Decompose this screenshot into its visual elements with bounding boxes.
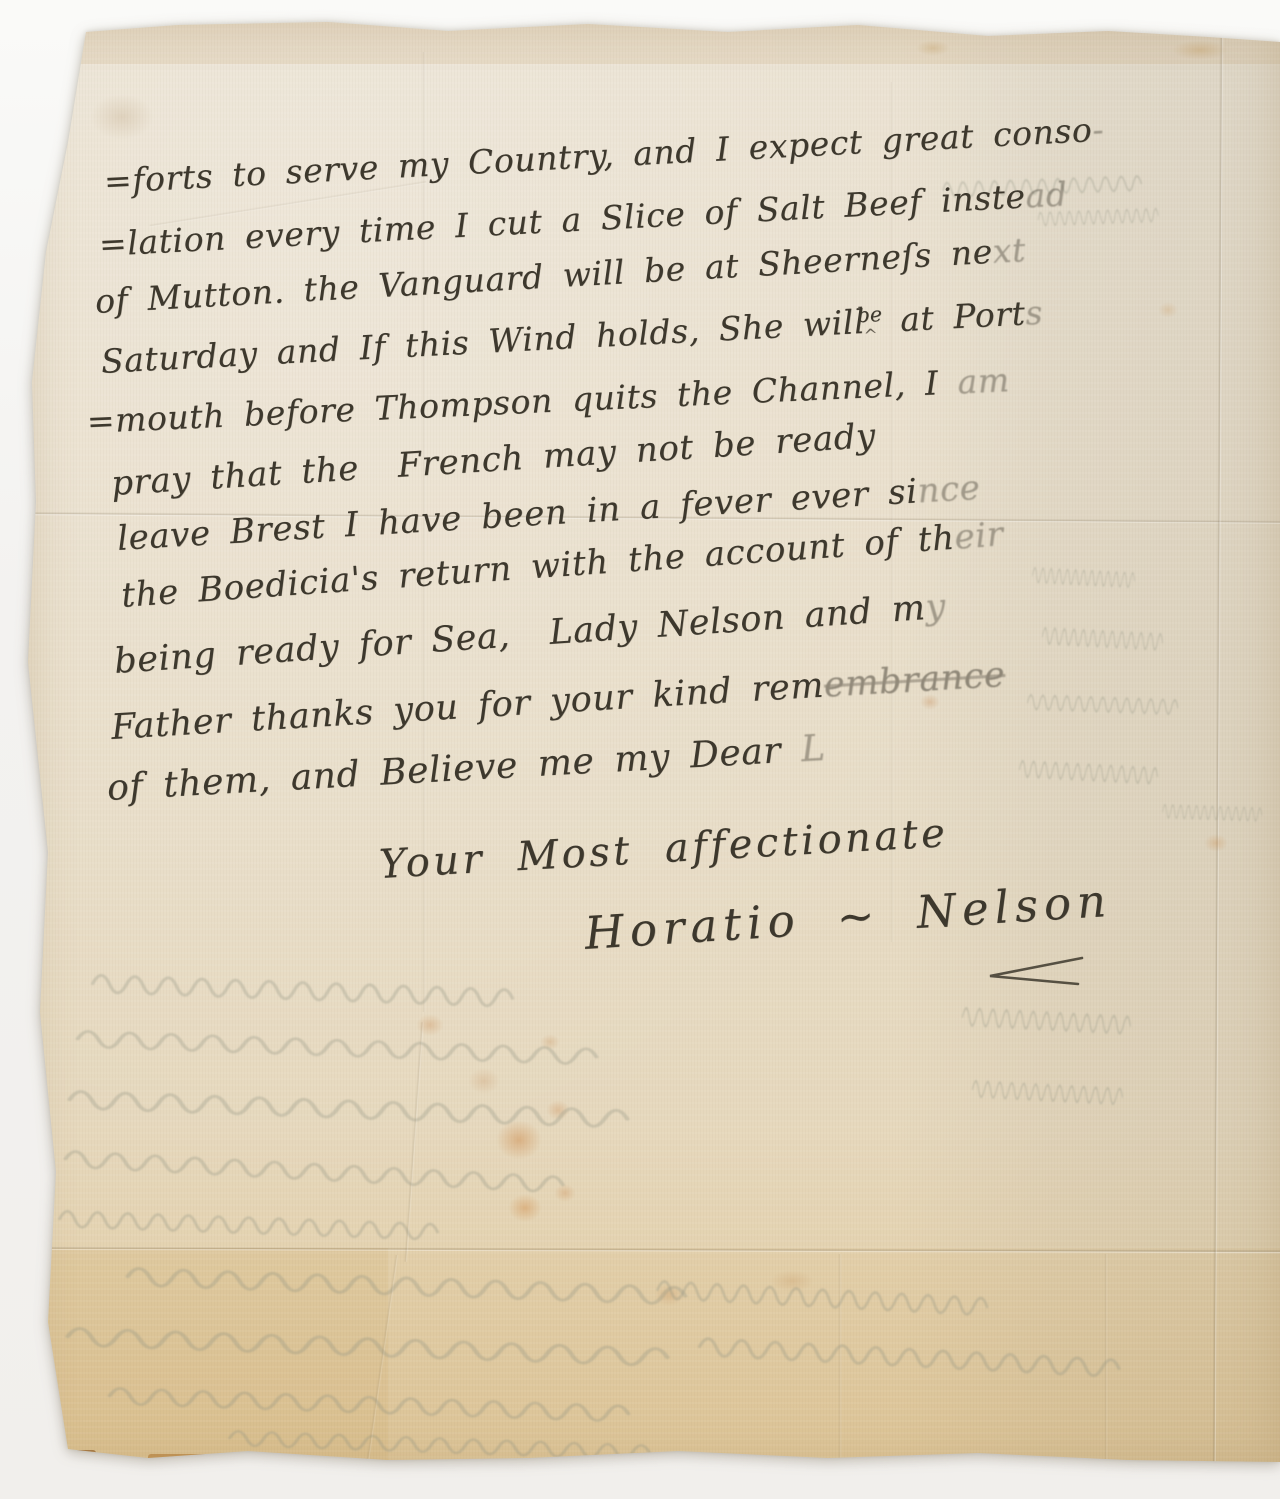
stain <box>554 1184 576 1202</box>
adhesive-residue <box>328 1460 424 1469</box>
photo-of-letter: =forts to serve my Country, and I expect… <box>0 0 1280 1499</box>
adhesive-residue <box>148 1454 284 1467</box>
fold-crease-vertical <box>838 1254 842 1464</box>
stain <box>90 94 154 140</box>
stain <box>468 1068 500 1094</box>
fold-crease-vertical <box>365 1255 398 1465</box>
fold-crease-vertical <box>1212 30 1223 1462</box>
inserted-word: be^ <box>866 332 882 333</box>
adhesive-residue <box>50 1450 96 1465</box>
letter-page: =forts to serve my Country, and I expect… <box>28 22 1280 1470</box>
paper-tone-bottom <box>28 1248 1280 1470</box>
caret-mark: ^ <box>863 325 878 345</box>
paper-tone-top-edge <box>28 22 1280 64</box>
closing-line: Your Most affectionate <box>378 810 949 888</box>
stain <box>1158 302 1178 318</box>
paper-shadow: =forts to serve my Country, and I expect… <box>0 0 1280 1499</box>
signature: Horatio ~ Nelson <box>583 874 1113 960</box>
signature-flourish <box>978 950 1088 994</box>
paper-tone-bottom-left <box>28 1248 388 1470</box>
stain <box>496 1120 542 1160</box>
stain <box>416 1014 444 1036</box>
stain <box>1172 40 1228 60</box>
stain <box>770 1270 814 1292</box>
stain <box>654 1284 684 1306</box>
fold-crease-vertical <box>404 1022 425 1262</box>
stain <box>508 1194 542 1222</box>
stain <box>916 40 950 56</box>
stain <box>546 1100 570 1120</box>
fold-crease-vertical <box>1104 1254 1108 1464</box>
stain <box>540 1034 560 1050</box>
stain <box>1204 834 1228 852</box>
fold-crease-horizontal <box>28 1246 1280 1253</box>
